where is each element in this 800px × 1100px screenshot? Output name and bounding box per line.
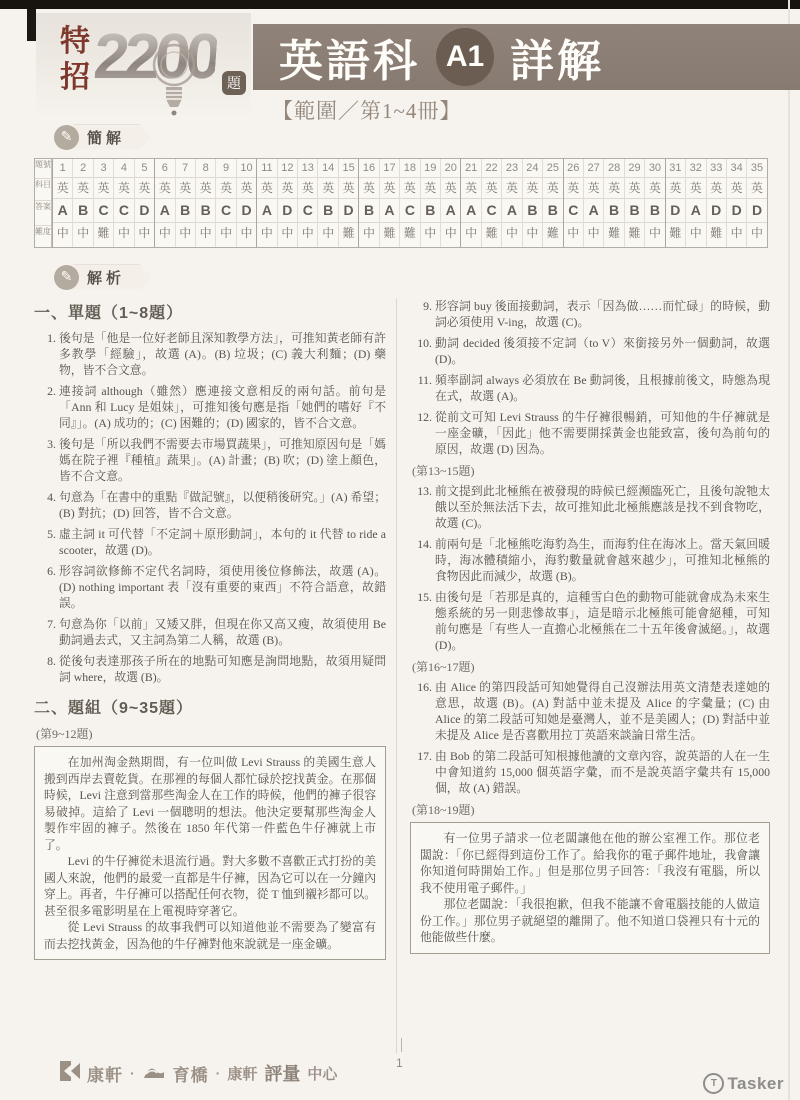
passage-paragraph: 從 Levi Strauss 的故事我們可以知道他並不需要為了變富有而去挖找黃金… (44, 919, 376, 952)
question-answer: C (482, 198, 501, 222)
column-divider-tick (401, 1038, 402, 1052)
title-suffix: 詳解 (510, 25, 604, 89)
question-subject: 英 (523, 177, 542, 198)
explanation-item-text: 由 Bob 的第二段話可知根據他讀的文章內容，說英語的人在一生中會知道約 15,… (435, 749, 770, 795)
question-number: 28 (604, 159, 623, 177)
question-number: 22 (482, 159, 501, 177)
answer-column: 4 英 C 中 (113, 159, 133, 247)
explanation-item-text: 動詞 decided 後須接不定詞（to V）來銜接另外一個動詞，故選 (D)。 (435, 336, 770, 366)
explanation-list-9-12: 9. 形容詞 buy 後面接動詞，表示「因為做……而忙碌」的時候，動詞必須使用 … (410, 298, 770, 457)
question-answer: A (441, 198, 460, 222)
question-answer: B (73, 198, 92, 222)
question-difficulty: 中 (53, 222, 72, 243)
explanation-item: 8. 從後句表達那孩子所在的地點可知應是詢問地點，故須用疑問詞 where，故選… (34, 653, 386, 685)
answer-column: 8 英 B 中 (195, 159, 215, 247)
question-answer: B (176, 198, 195, 222)
answer-column: 27 英 A 中 (583, 159, 603, 247)
question-subject: 英 (155, 177, 174, 198)
question-difficulty: 難 (380, 222, 399, 243)
group-label-9-12: (第9~12題) (36, 725, 386, 742)
question-number: 10 (237, 159, 256, 177)
explanation-item-number: 5. (34, 526, 56, 542)
question-subject: 英 (625, 177, 644, 198)
question-number: 6 (155, 159, 174, 177)
analysis-section-badge: ✎ 解析 (54, 264, 800, 290)
group-label-18-19: (第18~19題) (412, 801, 770, 818)
question-difficulty: 中 (727, 222, 746, 243)
passage-paragraph: 有一位男子請求一位老闆讓他在他的辦公室裡工作。那位老闆說：「你已經得到這份工作了… (420, 830, 760, 896)
question-answer: C (298, 198, 317, 222)
answer-column: 13 英 C 中 (297, 159, 317, 247)
question-difficulty: 中 (747, 222, 766, 243)
pencil-icon: ✎ (54, 125, 79, 150)
answer-column: 1 英 A 中 (52, 159, 72, 247)
question-difficulty: 難 (400, 222, 419, 243)
explanation-item-text: 由後句是「若那是真的，這種雪白色的動物可能就會成為未來生態系統的另一則悲慘故事」… (435, 590, 770, 652)
question-subject: 英 (400, 177, 419, 198)
explanation-item: 17. 由 Bob 的第二段話可知根據他讀的文章內容，說英語的人在一生中會知道約… (410, 748, 770, 796)
explanation-list-1-8: 1. 後句是「他是一位好老師且深知教學方法」，可推知黃老師有許多教學「經驗」，故… (34, 330, 386, 685)
question-number: 11 (257, 159, 276, 177)
question-difficulty: 中 (523, 222, 542, 243)
question-answer: B (421, 198, 440, 222)
question-subject: 英 (707, 177, 726, 198)
question-difficulty: 中 (584, 222, 603, 243)
question-answer: A (584, 198, 603, 222)
answer-column: 18 英 C 難 (399, 159, 419, 247)
answer-table-row-labels: 題號 科目 答案 難度 (35, 159, 52, 247)
answer-column: 5 英 D 中 (134, 159, 154, 247)
publisher-brands: 康軒 · 育橋 · 康軒 評量 中心 (60, 1060, 337, 1086)
question-number: 14 (318, 159, 337, 177)
question-subject: 英 (380, 177, 399, 198)
question-number: 33 (707, 159, 726, 177)
explanation-item: 3. 後句是「所以我們不需要去市場買蔬果」，可推知原因句是「媽媽在院子裡『種植』… (34, 436, 386, 484)
answer-column: 2 英 B 中 (72, 159, 92, 247)
question-answer: A (380, 198, 399, 222)
explanation-list-16-17: 16. 由 Alice 的第四段話可知她覺得自己沒辦法用英文清楚表達她的意思，故… (410, 679, 770, 796)
explanation-item-number: 7. (34, 616, 56, 632)
question-difficulty: 中 (135, 222, 154, 243)
explanation-item-text: 虛主詞 it 可代替「不定詞＋原形動詞」，本句的 it 代替 to ride a… (59, 527, 386, 557)
explanation-item: 11. 頻率副詞 always 必須放在 Be 動詞後，且根據前後文，時態為現在… (410, 372, 770, 404)
question-subject: 英 (298, 177, 317, 198)
question-subject: 英 (727, 177, 746, 198)
explanation-item-text: 從前文可知 Levi Strauss 的牛仔褲很暢銷，可知他的牛仔褲就是一座金礦… (435, 410, 770, 456)
question-difficulty: 中 (237, 222, 256, 243)
answer-column: 12 英 D 中 (277, 159, 297, 247)
answer-column: 22 英 C 難 (481, 159, 501, 247)
passage-box-office: 有一位男子請求一位老闆讓他在他的辦公室裡工作。那位老闆說：「你已經得到這份工作了… (410, 822, 770, 954)
group-label-13-15: (第13~15題) (412, 462, 770, 479)
scanner-edge-right (788, 0, 790, 1100)
brand-eval-suffix: 中心 (307, 1063, 337, 1084)
answer-column: 19 英 B 中 (420, 159, 440, 247)
explanation-item: 5. 虛主詞 it 可代替「不定詞＋原形動詞」，本句的 it 代替 to rid… (34, 526, 386, 558)
question-answer: B (523, 198, 542, 222)
explanation-item-text: 句意為你「以前」又矮又胖，但現在你又高又瘦，故須使用 Be 動詞過去式，又主詞為… (59, 617, 386, 647)
answer-column: 28 英 B 難 (603, 159, 623, 247)
question-subject: 英 (73, 177, 92, 198)
question-answer: A (461, 198, 480, 222)
brand-separator: · (216, 1065, 221, 1081)
question-number: 17 (380, 159, 399, 177)
brand-kangxuan: 康軒 (87, 1061, 123, 1086)
question-answer: B (625, 198, 644, 222)
question-number: 5 (135, 159, 154, 177)
tasker-wordmark: Tasker (727, 1074, 784, 1094)
explanation-item-text: 頻率副詞 always 必須放在 Be 動詞後，且根據前後文，時態為現在式，故選… (435, 373, 770, 403)
explanation-list-13-15: 13. 前文提到此北極熊在被發現的時候已經瀕臨死亡，且後句說牠太餓以至於無法活下… (410, 483, 770, 653)
question-number: 7 (176, 159, 195, 177)
question-difficulty: 中 (216, 222, 235, 243)
question-difficulty: 中 (257, 222, 276, 243)
question-subject: 英 (339, 177, 358, 198)
question-subject: 英 (216, 177, 235, 198)
brand-eval-strong: 評量 (264, 1060, 300, 1086)
question-number: 2 (73, 159, 92, 177)
question-subject: 英 (747, 177, 766, 198)
question-difficulty: 中 (318, 222, 337, 243)
question-subject: 英 (318, 177, 337, 198)
question-number: 1 (53, 159, 72, 177)
answer-column: 15 英 D 難 (338, 159, 358, 247)
question-answer: B (359, 198, 378, 222)
question-subject: 英 (176, 177, 195, 198)
explanation-item: 1. 後句是「他是一位好老師且深知教學方法」，可推知黃老師有許多教學「經驗」，故… (34, 330, 386, 378)
answer-key-table: 題號 科目 答案 難度 1 英 A 中 2 英 B 中 3 英 C (34, 158, 768, 248)
explanation-item-text: 後句是「他是一位好老師且深知教學方法」，可推知黃老師有許多教學「經驗」，故選 (… (59, 331, 386, 377)
explanation-item-number: 13. (410, 483, 432, 499)
question-difficulty: 難 (543, 222, 562, 243)
question-difficulty: 中 (502, 222, 521, 243)
question-subject: 英 (666, 177, 685, 198)
explanation-item-text: 前兩句是「北極熊吃海豹為生，而海豹住在海冰上。當天氣回暖時，海冰體積縮小，海豹數… (435, 537, 770, 583)
paper-code-badge: A1 (436, 28, 494, 86)
question-difficulty: 中 (196, 222, 215, 243)
quick-answer-badge-label: 簡解 (73, 125, 151, 150)
question-subject: 英 (441, 177, 460, 198)
question-answer: B (604, 198, 623, 222)
question-subject: 英 (257, 177, 276, 198)
answer-column: 3 英 C 難 (93, 159, 113, 247)
question-number: 4 (114, 159, 133, 177)
question-answer: B (318, 198, 337, 222)
answer-column: 6 英 A 中 (154, 159, 174, 247)
explanation-item-number: 8. (34, 653, 56, 669)
answer-column: 10 英 D 中 (236, 159, 256, 247)
question-answer: D (707, 198, 726, 222)
question-answer: D (339, 198, 358, 222)
question-subject: 英 (543, 177, 562, 198)
row-label-number: 題號 (35, 159, 51, 178)
question-difficulty: 中 (155, 222, 174, 243)
question-subject: 英 (196, 177, 215, 198)
question-subject: 英 (94, 177, 113, 198)
explanation-item-number: 12. (410, 409, 432, 425)
page-number: 1 (396, 1056, 403, 1070)
question-difficulty: 中 (645, 222, 664, 243)
explanation-item-number: 15. (410, 589, 432, 605)
question-number: 16 (359, 159, 378, 177)
answer-column: 26 英 C 中 (563, 159, 583, 247)
question-difficulty: 中 (114, 222, 133, 243)
explanation-item-number: 17. (410, 748, 432, 764)
question-answer: B (196, 198, 215, 222)
title-banner: 英語科 A1 詳解 (253, 24, 800, 90)
explanation-item-number: 6. (34, 563, 56, 579)
scope-range-label: 【範圍／第1~4冊】 (272, 95, 461, 125)
question-subject: 英 (421, 177, 440, 198)
question-answer: D (237, 198, 256, 222)
analysis-right-column: 9. 形容詞 buy 後面接動詞，表示「因為做……而忙碌」的時候，動詞必須使用 … (396, 298, 770, 1054)
explanation-item-text: 句意為「在書中的重點『做記號』，以便稍後研究。」(A) 希望；(B) 對抗；(D… (59, 490, 386, 520)
question-number: 27 (584, 159, 603, 177)
answer-column: 16 英 B 中 (358, 159, 378, 247)
analysis-left-column: 一、單題（1~8題） 1. 後句是「他是一位好老師且深知教學方法」，可推知黃老師… (34, 298, 396, 1054)
question-difficulty: 中 (176, 222, 195, 243)
question-answer: B (645, 198, 664, 222)
question-difficulty: 中 (441, 222, 460, 243)
explanation-item: 12. 從前文可知 Levi Strauss 的牛仔褲很暢銷，可知他的牛仔褲就是… (410, 409, 770, 457)
explanation-item: 16. 由 Alice 的第四段話可知她覺得自己沒辦法用英文清楚表達她的意思，故… (410, 679, 770, 743)
explanation-item-number: 14. (410, 536, 432, 552)
pencil-icon: ✎ (54, 265, 79, 290)
explanation-item-number: 9. (410, 298, 432, 314)
question-number: 13 (298, 159, 317, 177)
series-logo-vertical-text: 特 招 (60, 26, 90, 94)
group-label-16-17: (第16~17題) (412, 658, 770, 675)
quick-answer-section-badge: ✎ 簡解 (54, 124, 800, 150)
question-subject: 英 (359, 177, 378, 198)
question-number: 25 (543, 159, 562, 177)
brand-separator: · (130, 1065, 135, 1081)
explanation-item: 2. 連接詞 although（雖然）應連接文意相反的兩句話。前句是「Ann 和… (34, 383, 386, 431)
question-number: 9 (216, 159, 235, 177)
question-difficulty: 中 (359, 222, 378, 243)
question-difficulty: 難 (94, 222, 113, 243)
question-difficulty: 中 (564, 222, 583, 243)
question-answer: C (400, 198, 419, 222)
passage-paragraph: 在加州淘金熱期間，有一位叫做 Levi Strauss 的美國生意人搬到西岸去賣… (44, 754, 376, 853)
question-number: 26 (564, 159, 583, 177)
question-answer: A (53, 198, 72, 222)
passage-paragraph: Levi 的牛仔褲從未退流行過。對大多數不喜歡正式打扮的美國人來說，他們的最愛一… (44, 853, 376, 919)
question-subject: 英 (584, 177, 603, 198)
question-number: 8 (196, 159, 215, 177)
answer-column: 31 英 D 難 (665, 159, 685, 247)
explanation-item-number: 1. (34, 330, 56, 346)
question-difficulty: 難 (482, 222, 501, 243)
question-subject: 英 (564, 177, 583, 198)
question-difficulty: 中 (278, 222, 297, 243)
question-answer: C (564, 198, 583, 222)
answer-table-columns: 1 英 A 中 2 英 B 中 3 英 C 難 4 英 C (52, 159, 767, 247)
explanation-item-text: 前文提到此北極熊在被發現的時候已經瀕臨死亡，且後句說牠太餓以至於無法活下去，故可… (435, 484, 770, 530)
row-label-difficulty: 難度 (35, 225, 51, 247)
question-subject: 英 (604, 177, 623, 198)
lightbulb-icon (148, 41, 200, 122)
analysis-columns: 一、單題（1~8題） 1. 後句是「他是一位好老師且深知教學方法」，可推知黃老師… (34, 298, 770, 1054)
row-label-subject: 科目 (35, 178, 51, 200)
question-answer: D (278, 198, 297, 222)
section-title-single: 一、單題（1~8題） (34, 300, 386, 323)
question-number: 21 (461, 159, 480, 177)
explanation-item-number: 16. (410, 679, 432, 695)
question-subject: 英 (135, 177, 154, 198)
series-logo-char: 招 (60, 62, 90, 94)
question-number: 23 (502, 159, 521, 177)
answer-column: 7 英 B 中 (175, 159, 195, 247)
series-logo-char: 特 (60, 26, 90, 58)
tasker-monogram: T (703, 1073, 724, 1094)
answer-column: 14 英 B 中 (317, 159, 337, 247)
answer-column: 21 英 A 中 (460, 159, 480, 247)
question-answer: A (257, 198, 276, 222)
explanation-item-number: 2. (34, 383, 56, 399)
explanation-item-text: 從後句表達那孩子所在的地點可知應是詢問地點，故須用疑問詞 where，故選 (B… (59, 654, 386, 684)
question-difficulty: 中 (298, 222, 317, 243)
question-subject: 英 (686, 177, 705, 198)
question-answer: A (155, 198, 174, 222)
question-number: 12 (278, 159, 297, 177)
question-difficulty: 中 (686, 222, 705, 243)
question-answer: B (543, 198, 562, 222)
analysis-badge-label: 解析 (73, 265, 151, 290)
answer-column: 9 英 C 中 (215, 159, 235, 247)
explanation-item-text: 形容詞 buy 後面接動詞，表示「因為做……而忙碌」的時候，動詞必須使用 V-i… (435, 299, 770, 329)
question-answer: A (502, 198, 521, 222)
question-difficulty: 中 (421, 222, 440, 243)
row-label-answer: 答案 (35, 200, 51, 225)
question-number: 34 (727, 159, 746, 177)
explanation-item-number: 4. (34, 489, 56, 505)
question-subject: 英 (53, 177, 72, 198)
page-footer: 康軒 · 育橋 · 康軒 評量 中心 1 T Tasker (0, 1048, 800, 1100)
answer-column: 24 英 B 中 (522, 159, 542, 247)
question-answer: D (666, 198, 685, 222)
explanation-item: 13. 前文提到此北極熊在被發現的時候已經瀕臨死亡，且後句說牠太餓以至於無法活下… (410, 483, 770, 531)
question-number: 31 (666, 159, 685, 177)
series-logo: 特 招 2200 題 (36, 13, 251, 119)
question-number: 29 (625, 159, 644, 177)
question-difficulty: 難 (625, 222, 644, 243)
question-number: 20 (441, 159, 460, 177)
passage-paragraph: 那位老闆說：「我很抱歉，但我不能讓不會電腦技能的人做這份工作。」那位男子就絕望的… (420, 896, 760, 946)
question-answer: D (135, 198, 154, 222)
page-header: 特 招 2200 題 英語科 A1 詳解 【範圍／第1~4冊】 (0, 0, 800, 124)
explanation-item-number: 10. (410, 335, 432, 351)
question-count-badge: 題 (222, 71, 246, 95)
question-number: 24 (523, 159, 542, 177)
explanation-item: 6. 形容詞欲修飾不定代名詞時，須使用後位修飾法，故選 (A)。(D) noth… (34, 563, 386, 611)
question-answer: D (727, 198, 746, 222)
question-number: 19 (421, 159, 440, 177)
question-number: 15 (339, 159, 358, 177)
answer-column: 30 英 B 中 (644, 159, 664, 247)
question-subject: 英 (461, 177, 480, 198)
explanation-item-text: 連接詞 although（雖然）應連接文意相反的兩句話。前句是「Ann 和 Lu… (59, 384, 386, 430)
question-number: 18 (400, 159, 419, 177)
answer-column: 29 英 B 難 (624, 159, 644, 247)
answer-column: 25 英 B 難 (542, 159, 562, 247)
passage-box-levi: 在加州淘金熱期間，有一位叫做 Levi Strauss 的美國生意人搬到西岸去賣… (34, 746, 386, 960)
question-answer: C (94, 198, 113, 222)
question-number: 30 (645, 159, 664, 177)
answer-column: 23 英 A 中 (501, 159, 521, 247)
question-subject: 英 (237, 177, 256, 198)
explanation-item: 14. 前兩句是「北極熊吃海豹為生，而海豹住在海冰上。當天氣回暖時，海冰體積縮小… (410, 536, 770, 584)
explanation-item: 10. 動詞 decided 後須接不定詞（to V）來銜接另外一個動詞，故選 … (410, 335, 770, 367)
question-difficulty: 難 (666, 222, 685, 243)
explanation-item-number: 11. (410, 372, 432, 388)
brand-eval-prefix: 康軒 (227, 1063, 257, 1084)
answer-column: 17 英 A 難 (379, 159, 399, 247)
question-subject: 英 (114, 177, 133, 198)
question-subject: 英 (645, 177, 664, 198)
question-subject: 英 (482, 177, 501, 198)
explanation-item: 4. 句意為「在書中的重點『做記號』，以便稍後研究。」(A) 希望；(B) 對抗… (34, 489, 386, 521)
question-number: 32 (686, 159, 705, 177)
question-difficulty: 中 (73, 222, 92, 243)
explanation-item: 9. 形容詞 buy 後面接動詞，表示「因為做……而忙碌」的時候，動詞必須使用 … (410, 298, 770, 330)
question-difficulty: 難 (604, 222, 623, 243)
question-difficulty: 中 (461, 222, 480, 243)
question-answer: C (216, 198, 235, 222)
question-answer: C (114, 198, 133, 222)
question-subject: 英 (278, 177, 297, 198)
explanation-item-number: 3. (34, 436, 56, 452)
question-difficulty: 難 (339, 222, 358, 243)
explanation-item-text: 後句是「所以我們不需要去市場買蔬果」，可推知原因句是「媽媽在院子裡『種植』蔬果」… (59, 437, 386, 483)
explanation-item-text: 由 Alice 的第四段話可知她覺得自己沒辦法用英文清楚表達她的意思，故選 (B… (435, 680, 770, 742)
explanation-item-text: 形容詞欲修飾不定代名詞時，須使用後位修飾法，故選 (A)。(D) nothing… (59, 564, 386, 610)
answer-column: 20 英 A 中 (440, 159, 460, 247)
question-answer: A (686, 198, 705, 222)
answer-column: 34 英 D 中 (726, 159, 746, 247)
answer-column: 33 英 D 難 (706, 159, 726, 247)
question-difficulty: 難 (707, 222, 726, 243)
brand-yuqiao: 育橋 (173, 1061, 209, 1086)
explanation-item: 15. 由後句是「若那是真的，這種雪白色的動物可能就會成為未來生態系統的另一則悲… (410, 589, 770, 653)
question-answer: D (747, 198, 766, 222)
tasker-logo-icon: T Tasker (703, 1073, 784, 1094)
section-title-group: 二、題組（9~35題） (34, 695, 386, 718)
subject-title: 英語科 (279, 25, 420, 89)
yuqiao-logo-icon (142, 1062, 166, 1085)
question-number: 35 (747, 159, 766, 177)
kangxuan-logo-icon (60, 1061, 80, 1086)
explanation-item: 7. 句意為你「以前」又矮又胖，但現在你又高又瘦，故須使用 Be 動詞過去式，又… (34, 616, 386, 648)
answer-column: 35 英 D 中 (746, 159, 766, 247)
answer-column: 32 英 A 中 (685, 159, 705, 247)
question-number: 3 (94, 159, 113, 177)
question-subject: 英 (502, 177, 521, 198)
answer-column: 11 英 A 中 (256, 159, 276, 247)
